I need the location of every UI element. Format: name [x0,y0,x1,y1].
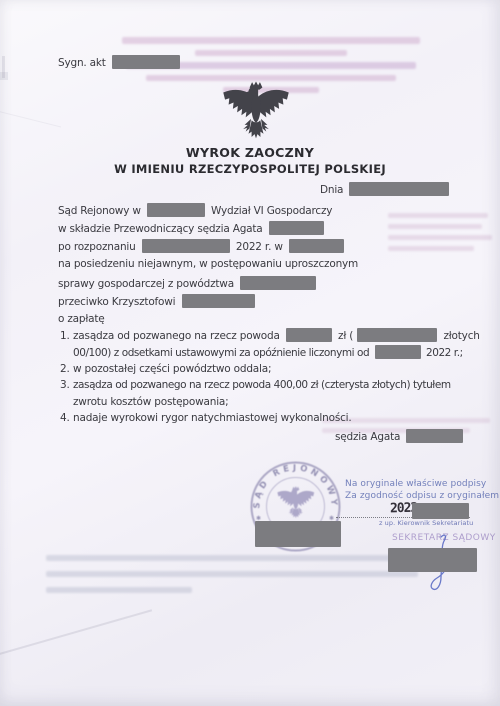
redaction-plaintiff [240,276,316,290]
bleedthrough-right [388,213,496,251]
court-text-post: Wydział VI Gospodarczy [211,205,332,217]
ruling-2-text: w pozostałej części powództwo oddala; [73,361,455,378]
panel-line: w składzie Przewodniczący sędzia Agata [58,221,327,235]
ruling-1-line-2: 00/100) z odsetkami ustawowymi za opóźni… [73,345,455,362]
case-number-row: Sygn. akt [58,55,183,69]
scanned-court-document: Sygn. akt WYROK ZAOCZNY W IMIENIU RZECZY… [0,0,500,706]
redaction-amount-words [357,328,437,342]
ruling-number: 2. [60,361,73,378]
ruling-item-4: 4. nadaje wyrokowi rygor natychmiastowej… [60,410,460,427]
subject-line: o zapłatę [58,313,105,325]
ruling-1-text-a: zasądza od pozwanego na rzecz powoda [73,330,280,342]
certification-line-2: Za zgodność odpisu z oryginałem [345,491,499,501]
ruling-number: 1. [60,328,73,361]
document-title: WYROK ZAOCZNY [0,145,500,160]
scan-artifact [0,72,8,80]
defendant-text: przeciwko Krzysztofowi [58,296,175,308]
paper-crease [0,110,61,128]
polish-eagle-emblem [219,80,293,142]
session-line: na posiedzeniu niejawnym, w postępowaniu… [58,258,358,270]
claim-line: sprawy gospodarczej z powództwa [58,276,319,290]
judge-signature-text: sędzia Agata [335,431,400,443]
redaction-defendant [182,294,255,308]
document-subtitle: W IMIENIU RZECZYPOSPOLITEJ POLSKIEJ [0,162,500,176]
ruling-4-text: nadaje wyrokowi rygor natychmiastowej wy… [73,410,455,427]
ruling-1-line-1: zasądza od pozwanego na rzecz powoda zł … [73,328,455,345]
hearing-line: po rozpoznaniu 2022 r. w [58,239,347,253]
hearing-text-mid: 2022 r. w [236,241,283,253]
ruling-1-text-d: 00/100) z odsetkami ustawowymi za opóźni… [73,347,369,359]
date-label: Dnia [320,184,343,196]
claim-text: sprawy gospodarczej z powództwa [58,278,234,290]
ruling-3-line-2: zwrotu kosztów postępowania; [73,394,455,411]
redaction-amount [286,328,332,342]
ruling-1-text-b: zł ( [338,330,353,342]
court-line: Sąd Rejonowy w Wydział VI Gospodarczy [58,203,332,217]
ruling-item-3: 3. zasądza od pozwanego na rzecz powoda … [60,377,460,410]
redaction-judge-surname [269,221,324,235]
ruling-3-line-1: zasądza od pozwanego na rzecz powoda 400… [73,377,455,394]
stamp-eagle-icon [277,486,314,518]
bleedthrough-bottom [46,555,426,593]
date-row: Dnia [320,182,452,196]
certification-deputy: z up. Kierownik Sekretariatu [379,519,473,527]
redaction-secretary-name [388,548,477,572]
panel-text: w składzie Przewodniczący sędzia Agata [58,223,263,235]
redaction-court-city [147,203,205,217]
ruling-item-2: 2. w pozostałej części powództwo oddala; [60,361,460,378]
redaction-judge-signature [406,429,463,443]
ruling-1-text-c: złotych [443,330,479,342]
ruling-item-1: 1. zasądza od pozwanego na rzecz powoda … [60,328,460,361]
redaction-stamp-date [412,503,469,519]
redaction-interest-date [375,345,421,359]
case-number-label: Sygn. akt [58,57,106,69]
ruling-number: 4. [60,410,73,427]
redaction-hearing-city [289,239,344,253]
hearing-text-pre: po rozpoznaniu [58,241,136,253]
certification-line-1: Na oryginale właściwe podpisy [345,479,486,489]
ruling-1-text-e: 2022 r.; [426,347,463,359]
judge-signature-row: sędzia Agata [335,429,466,443]
redaction-hearing-date [142,239,230,253]
paper-crease [0,609,152,656]
redaction-date [349,182,449,196]
redaction-case-number [112,55,180,69]
defendant-line: przeciwko Krzysztofowi [58,294,258,308]
ruling-number: 3. [60,377,73,410]
redaction-stamp-city [255,521,341,547]
court-text-pre: Sąd Rejonowy w [58,205,141,217]
